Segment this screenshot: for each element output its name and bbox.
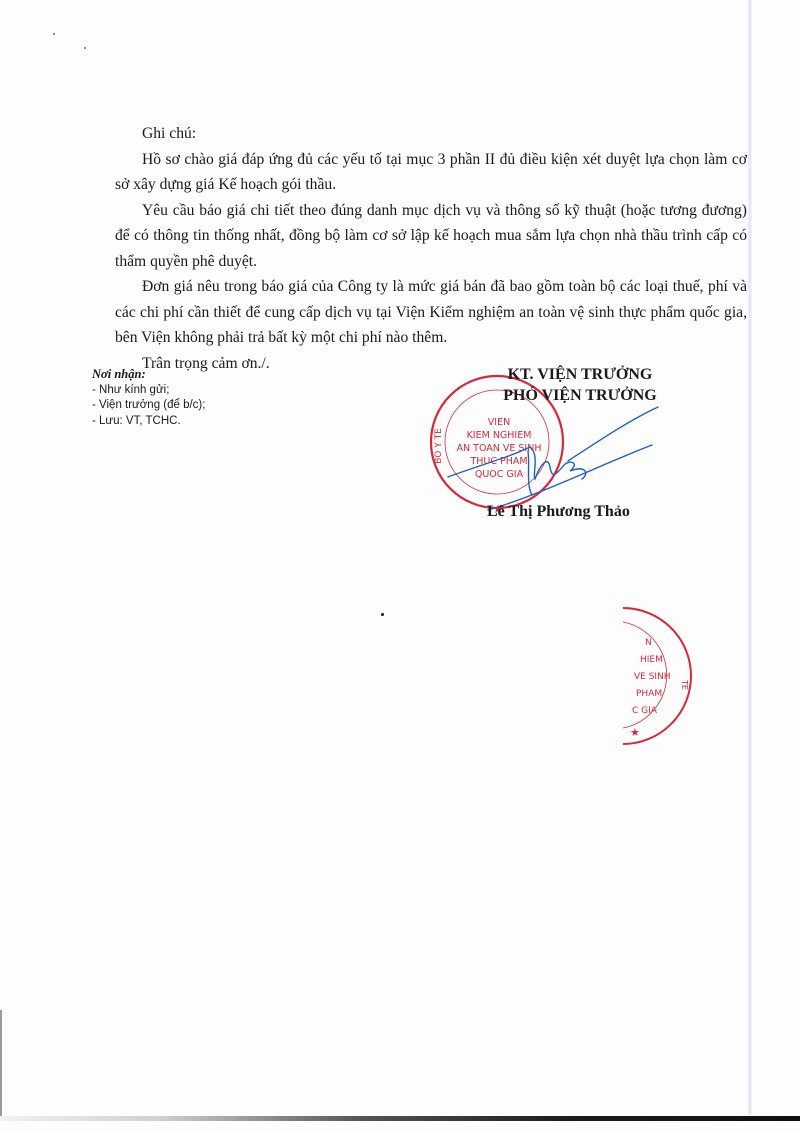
note-paragraph-3: Đơn giá nêu trong báo giá của Công ty là…: [115, 274, 747, 351]
page-edge-left: [0, 1010, 2, 1120]
partial-stamp: N HIEM VE SINH PHAM C GIA TE ★: [620, 600, 730, 750]
page-bottom-edge: [0, 1116, 800, 1121]
page-edge-shadow: [748, 0, 752, 1115]
stamp-line: PHAM: [636, 689, 662, 699]
recipients-title: Nơi nhận:: [92, 367, 205, 383]
signer-name: Lê Thị Phương Thảo: [487, 503, 630, 521]
recipient-item: - Viện trưởng (để b/c);: [92, 398, 205, 414]
note-paragraph-2: Yêu cầu báo giá chi tiết theo đúng danh …: [115, 198, 747, 275]
stamp-line: C GIA: [632, 706, 658, 716]
scan-speck: [53, 33, 55, 35]
stamp-line: VE SINH: [634, 672, 671, 682]
note-paragraph-1: Hồ sơ chào giá đáp ứng đủ các yếu tố tại…: [115, 147, 747, 198]
stamp-side-text: TE: [680, 679, 689, 690]
stamp-line: N: [645, 638, 652, 648]
scan-speck: [381, 613, 384, 616]
signatory-title-1: KT. VIỆN TRƯỞNG: [475, 364, 685, 385]
star-icon: ★: [630, 726, 640, 739]
notes-label: Ghi chú:: [115, 121, 747, 147]
recipient-item: - Như kính gửi;: [92, 383, 205, 399]
scan-speck: [84, 47, 86, 49]
notes-section: Ghi chú: Hồ sơ chào giá đáp ứng đủ các y…: [115, 121, 747, 376]
recipients-block: Nơi nhận: - Như kính gửi; - Viện trưởng …: [92, 367, 205, 429]
recipient-item: - Lưu: VT, TCHC.: [92, 414, 205, 430]
stamp-line: HIEM: [640, 655, 663, 665]
